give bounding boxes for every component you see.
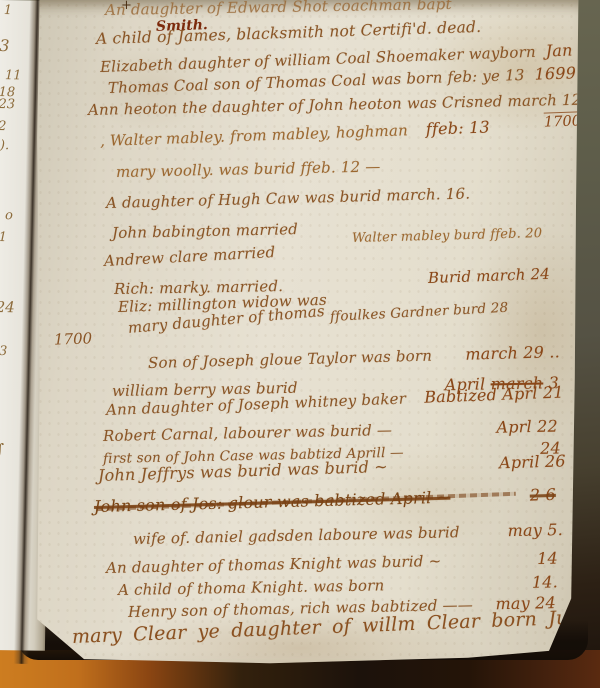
register-side-note: ffoulkes Gardner burd 28 [330, 300, 509, 325]
entry-text: , Walter mabley. from mabley, hoghman [100, 121, 409, 150]
entry-text: Andrew clare married [104, 243, 276, 270]
entry-text: A daughter of Hugh Caw was burid march. … [106, 184, 471, 212]
register-entry: wife of. daniel gadsden laboure was buri… [133, 520, 563, 548]
register-entry: A child of James, blacksmith not Certifi… [96, 18, 482, 48]
entry-text: An daughter of thomas Knight was burid ~ [106, 552, 442, 577]
entry-text: Robert Carnal, labourer was burid — [103, 421, 392, 445]
entry-text: ffoulkes Gardner burd 28 [330, 300, 509, 325]
margin-number: 1 [4, 3, 12, 18]
entry-date: march 29 .. [465, 342, 560, 363]
margin-number: 23 [0, 97, 15, 112]
register-entry: An daughter of Edward Shot coachman bapt [105, 0, 452, 19]
margin-number: 24 [0, 298, 15, 316]
margin-number: 3 [0, 344, 7, 359]
entry-date: 2 6 [530, 485, 557, 505]
margin-number: 1 [0, 230, 7, 245]
register-entry: A daughter of Hugh Caw was burid march. … [106, 184, 471, 212]
register-side-note: Burid march 24 [428, 265, 551, 287]
register-entry: John babington married [112, 220, 298, 242]
margin-number: ). [0, 138, 9, 153]
entry-text: wife of. daniel gadsden laboure was buri… [133, 523, 460, 548]
entry-text: John babington married [112, 220, 298, 242]
register-entry-struck: John son of Jos: glour was babtized Apri… [94, 485, 556, 516]
margin-number: ∫ [0, 440, 4, 459]
register-page: + Smith. 1700 1700 An daughter of Edward… [0, 0, 600, 688]
entry-text: A child of thoma Knight. was born [118, 576, 385, 599]
entry-date: Babtized Aprl 21 [424, 382, 564, 406]
register-entry: mary woolly. was burid ffeb. 12 — [116, 157, 381, 181]
entry-text: Son of Joseph gloue Taylor was born [148, 347, 433, 372]
entry-date: ffeb: 13 [425, 117, 490, 138]
register-side-note: Walter mabley burd ffeb. 20 [352, 226, 543, 246]
entry-text: mary woolly. was burid ffeb. 12 — [116, 157, 381, 181]
register-page-photo: 1 3 11 18 23 2 ). o 1 24 3 ∫ ( 3 + Smith… [0, 0, 600, 688]
entry-date: 14. [532, 572, 558, 591]
margin-number: 3 [0, 36, 10, 55]
entry-text: An daughter of Edward Shot coachman bapt [105, 0, 452, 19]
entry-date: may 5. [507, 520, 563, 540]
year-note-right: 1700 [544, 111, 582, 130]
register-entry: , Walter mabley. from mabley, hoghman ff… [100, 117, 490, 150]
entry-date: April 26 [499, 451, 566, 472]
register-entry: Son of Joseph gloue Taylor was born marc… [148, 342, 560, 372]
entry-text: A child of James, blacksmith not Certifi… [96, 18, 482, 48]
margin-number: o [5, 208, 13, 223]
margin-number: 11 [5, 68, 22, 83]
year-note-left: 1700 [54, 329, 93, 348]
entry-date: 14 [537, 549, 558, 568]
entry-date: Aprl 22 [496, 416, 558, 436]
entry-date: 1699 [534, 63, 576, 83]
register-entry: Andrew clare married [104, 243, 276, 270]
entry-text: John son of Jos: glour was babtized Apri… [94, 488, 451, 516]
entry-text: Walter mabley burd ffeb. 20 [352, 226, 543, 246]
entry-text: Burid march 24 [428, 265, 551, 287]
margin-number: 2 [0, 119, 7, 134]
